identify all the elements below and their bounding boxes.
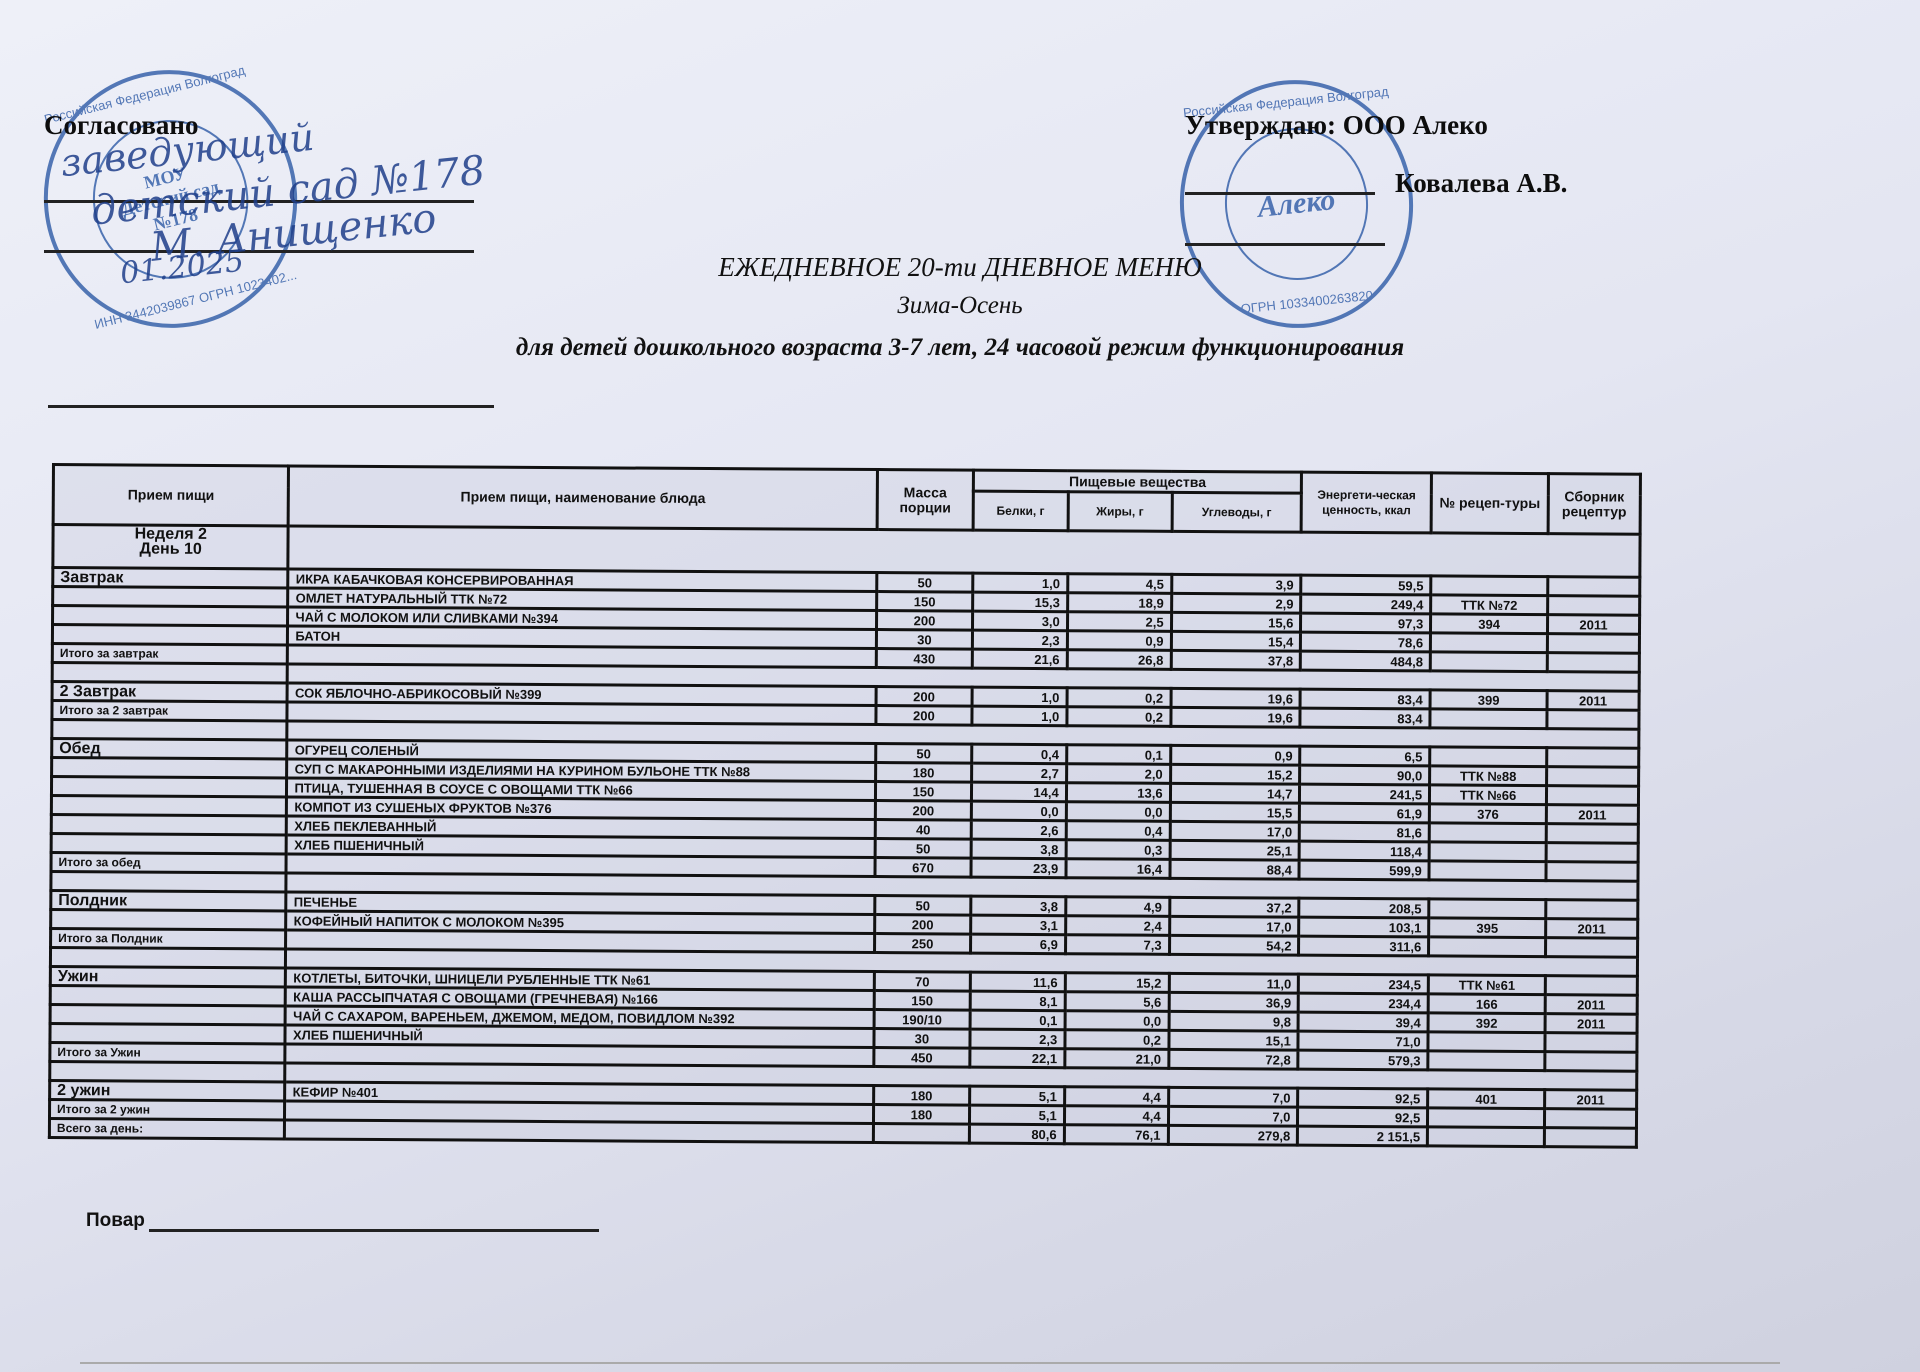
recipe-cell <box>1431 576 1548 596</box>
collection-cell: 2011 <box>1546 805 1638 825</box>
meal-cell <box>50 1023 286 1043</box>
fat-cell: 18,9 <box>1067 593 1171 613</box>
recipe-cell: 166 <box>1428 994 1545 1014</box>
carbs-cell: 7,0 <box>1168 1106 1298 1126</box>
meal-cell: Обед <box>52 739 288 759</box>
mass-cell: 150 <box>877 592 973 612</box>
fat-cell: 0,4 <box>1066 821 1170 841</box>
signature-line <box>1185 243 1385 246</box>
collection-cell <box>1548 596 1640 616</box>
carbs-cell: 11,0 <box>1169 973 1299 993</box>
energy-cell: 234,4 <box>1299 993 1429 1013</box>
protein-cell: 2,3 <box>970 1029 1065 1049</box>
meal-cell: Итого за 2 ужин <box>49 1099 285 1119</box>
menu-table: Прием пищи Прием пищи, наименование блюд… <box>48 463 1642 1149</box>
fat-cell: 4,9 <box>1066 897 1170 917</box>
document-season: Зима-Осень <box>0 292 1920 320</box>
meal-cell <box>50 985 286 1005</box>
header-meal: Прием пищи <box>53 465 289 526</box>
carbs-cell: 88,4 <box>1170 859 1300 879</box>
fat-cell: 13,6 <box>1066 783 1170 803</box>
fat-cell: 16,4 <box>1066 859 1170 879</box>
energy-cell: 118,4 <box>1299 841 1429 861</box>
carbs-cell: 25,1 <box>1170 840 1300 860</box>
mass-cell: 450 <box>874 1048 970 1068</box>
carbs-cell: 9,8 <box>1169 1011 1299 1031</box>
mass-cell: 70 <box>874 972 970 992</box>
meal-cell: Полдник <box>51 891 287 911</box>
carbs-cell: 72,8 <box>1168 1049 1298 1069</box>
collection-cell: 2011 <box>1547 691 1639 711</box>
fat-cell: 4,4 <box>1064 1087 1168 1107</box>
carbs-cell: 54,2 <box>1169 935 1299 955</box>
collection-cell <box>1547 767 1639 787</box>
collection-cell <box>1546 824 1638 844</box>
protein-cell: 3,0 <box>972 611 1067 631</box>
mass-cell: 200 <box>876 611 972 631</box>
meal-cell: Всего за день: <box>49 1118 285 1138</box>
carbs-cell: 15,2 <box>1170 764 1300 784</box>
signature-line <box>1185 192 1375 195</box>
carbs-cell: 15,1 <box>1169 1030 1299 1050</box>
fat-cell: 2,5 <box>1067 612 1171 632</box>
energy-cell: 2 151,5 <box>1298 1126 1428 1146</box>
carbs-cell: 279,8 <box>1168 1125 1298 1145</box>
energy-cell: 83,4 <box>1300 708 1430 728</box>
energy-cell: 599,9 <box>1299 860 1429 880</box>
protein-cell: 1,0 <box>973 573 1068 593</box>
meal-cell: Ужин <box>50 966 286 986</box>
meal-cell <box>51 910 287 930</box>
collection-cell <box>1546 862 1638 882</box>
dish-cell <box>285 1120 874 1143</box>
protein-cell: 0,1 <box>970 1010 1065 1030</box>
protein-cell: 22,1 <box>970 1048 1065 1068</box>
right-stamp-center-text: Алеко <box>1256 182 1337 226</box>
protein-cell: 3,8 <box>971 896 1066 916</box>
fat-cell: 0,3 <box>1066 840 1170 860</box>
recipe-cell <box>1430 747 1547 767</box>
mass-cell: 50 <box>875 896 971 916</box>
recipe-cell <box>1428 1127 1545 1147</box>
carbs-cell: 2,9 <box>1171 593 1301 613</box>
carbs-cell: 15,6 <box>1171 612 1301 632</box>
energy-cell: 78,6 <box>1301 632 1431 652</box>
protein-cell: 5,1 <box>969 1105 1064 1125</box>
energy-cell: 81,6 <box>1300 822 1430 842</box>
header-fat: Жиры, г <box>1068 492 1172 532</box>
meal-cell: Итого за обед <box>51 853 287 873</box>
recipe-cell: 394 <box>1431 614 1548 634</box>
cook-label: Повар <box>86 1210 145 1231</box>
recipe-cell: 399 <box>1430 690 1547 710</box>
energy-cell: 103,1 <box>1299 917 1429 937</box>
carbs-cell: 19,6 <box>1171 688 1301 708</box>
energy-cell: 208,5 <box>1299 898 1429 918</box>
page-edge <box>80 1362 1780 1364</box>
recipe-cell: ТТК №66 <box>1430 785 1547 805</box>
collection-cell: 2011 <box>1545 1014 1637 1034</box>
header-collection: Сборник рецептур <box>1548 474 1640 535</box>
meal-cell <box>53 606 289 626</box>
energy-cell: 39,4 <box>1298 1012 1428 1032</box>
collection-cell <box>1545 1033 1637 1053</box>
collection-cell: 2011 <box>1545 995 1637 1015</box>
meal-cell <box>53 587 289 607</box>
carbs-cell: 15,5 <box>1170 802 1300 822</box>
recipe-cell: 392 <box>1428 1013 1545 1033</box>
header-protein: Белки, г <box>973 491 1068 531</box>
recipe-cell <box>1430 652 1547 672</box>
energy-cell: 6,5 <box>1300 746 1430 766</box>
menu-document: Российская Федерация Волгоград МОУ Детск… <box>0 0 1920 1372</box>
spacer-cell <box>50 948 286 968</box>
carbs-cell: 17,0 <box>1169 916 1299 936</box>
protein-cell: 23,9 <box>971 858 1066 878</box>
fat-cell: 0,2 <box>1067 707 1171 727</box>
protein-cell: 14,4 <box>971 782 1066 802</box>
mass-cell: 180 <box>874 1086 970 1106</box>
collection-cell <box>1548 577 1640 597</box>
fat-cell: 4,5 <box>1067 574 1171 594</box>
collection-cell: 2011 <box>1546 919 1638 939</box>
protein-cell: 2,7 <box>971 763 1066 783</box>
fat-cell: 7,3 <box>1065 935 1169 955</box>
mass-cell: 670 <box>875 858 971 878</box>
fat-cell: 2,0 <box>1066 764 1170 784</box>
energy-cell: 249,4 <box>1301 594 1431 614</box>
protein-cell: 0,0 <box>971 801 1066 821</box>
recipe-cell: ТТК №88 <box>1430 766 1547 786</box>
week-day-label: Неделя 2 День 10 <box>53 525 289 569</box>
protein-cell: 15,3 <box>973 592 1068 612</box>
spacer-cell <box>50 1061 286 1081</box>
mass-cell <box>873 1124 969 1144</box>
collection-cell <box>1546 843 1638 863</box>
recipe-cell: 395 <box>1429 918 1546 938</box>
approve-label: Утверждаю: ООО Алеко <box>1185 110 1605 141</box>
carbs-cell: 7,0 <box>1168 1087 1298 1107</box>
meal-cell: Итого за 2 завтрак <box>52 701 288 721</box>
collection-cell <box>1545 976 1637 996</box>
document-subtitle: для детей дошкольного возраста 3-7 лет, … <box>0 334 1920 362</box>
energy-cell: 311,6 <box>1299 936 1429 956</box>
meal-cell <box>52 625 288 645</box>
recipe-cell <box>1429 823 1546 843</box>
energy-cell: 241,5 <box>1300 784 1430 804</box>
energy-cell: 59,5 <box>1301 575 1431 595</box>
cook-signature: Повар <box>86 1210 599 1232</box>
protein-cell: 0,4 <box>972 744 1067 764</box>
recipe-cell: ТТК №72 <box>1431 595 1548 615</box>
header-nutrients: Пищевые вещества <box>973 470 1302 493</box>
recipe-cell <box>1428 1051 1545 1071</box>
mass-cell: 40 <box>875 820 971 840</box>
document-title: ЕЖЕДНЕВНОЕ 20-ти ДНЕВНОЕ МЕНЮ <box>0 252 1920 283</box>
carbs-cell: 17,0 <box>1170 821 1300 841</box>
recipe-cell <box>1428 1108 1545 1128</box>
protein-cell: 80,6 <box>969 1124 1064 1144</box>
energy-cell: 92,5 <box>1298 1107 1428 1127</box>
header-mass: Масса порции <box>877 470 973 531</box>
protein-cell: 5,1 <box>969 1086 1064 1106</box>
energy-cell: 92,5 <box>1298 1088 1428 1108</box>
cook-signature-line <box>149 1229 599 1232</box>
collection-cell: 2011 <box>1545 1090 1637 1110</box>
carbs-cell: 15,4 <box>1171 631 1301 651</box>
menu-table-body: Неделя 2 День 10 ЗавтракИКРА КАБАЧКОВАЯ … <box>49 525 1640 1148</box>
mass-cell: 150 <box>875 782 971 802</box>
mass-cell: 30 <box>874 1029 970 1049</box>
energy-cell: 579,3 <box>1298 1050 1428 1070</box>
meal-cell <box>51 834 287 854</box>
collection-cell <box>1544 1128 1636 1148</box>
protein-cell: 2,3 <box>972 630 1067 650</box>
table-header-row: Прием пищи Прием пищи, наименование блюд… <box>53 465 1640 496</box>
protein-cell: 3,8 <box>971 839 1066 859</box>
recipe-cell <box>1428 1032 1545 1052</box>
carbs-cell: 36,9 <box>1169 992 1299 1012</box>
meal-cell <box>51 815 287 835</box>
collection-cell <box>1545 938 1637 958</box>
mass-cell: 430 <box>876 649 972 669</box>
mass-cell: 50 <box>875 839 971 859</box>
meal-cell: 2 ужин <box>50 1080 286 1100</box>
fat-cell: 0,2 <box>1065 1030 1169 1050</box>
approval-right: Утверждаю: ООО Алеко Ковалева А.В. <box>1185 110 1605 141</box>
header-energy: Энергети-ческая ценность, ккал <box>1301 472 1431 533</box>
energy-cell: 61,9 <box>1300 803 1430 823</box>
collection-cell <box>1547 634 1639 654</box>
recipe-cell <box>1429 842 1546 862</box>
fat-cell: 15,2 <box>1065 973 1169 993</box>
meal-cell: Итого за Полдник <box>51 929 287 949</box>
collection-cell <box>1547 710 1639 730</box>
header-dish: Прием пищи, наименование блюда <box>289 466 878 530</box>
recipe-cell: 401 <box>1428 1089 1545 1109</box>
protein-cell: 1,0 <box>972 687 1067 707</box>
protein-cell: 21,6 <box>972 649 1067 669</box>
fat-cell: 0,0 <box>1065 1011 1169 1031</box>
header-recipe: № рецеп-туры <box>1431 473 1548 534</box>
recipe-cell <box>1429 937 1546 957</box>
collection-cell <box>1547 748 1639 768</box>
collection-cell: 2011 <box>1547 615 1639 635</box>
protein-cell: 2,6 <box>971 820 1066 840</box>
meal-cell: 2 Завтрак <box>52 682 288 702</box>
collection-cell <box>1546 900 1638 920</box>
recipe-cell <box>1429 861 1546 881</box>
recipe-cell: ТТК №61 <box>1428 975 1545 995</box>
energy-cell: 234,5 <box>1299 974 1429 994</box>
day-label: День 10 <box>60 541 281 557</box>
protein-cell: 1,0 <box>972 706 1067 726</box>
mass-cell: 180 <box>876 763 972 783</box>
fat-cell: 5,6 <box>1065 992 1169 1012</box>
fat-cell: 0,9 <box>1067 631 1171 651</box>
collection-cell <box>1547 653 1639 673</box>
meal-cell: Итого за завтрак <box>52 644 288 664</box>
energy-cell: 484,8 <box>1301 651 1431 671</box>
divider <box>48 405 494 408</box>
mass-cell: 150 <box>874 991 970 1011</box>
mass-cell: 180 <box>873 1105 969 1125</box>
meal-cell <box>50 1004 286 1024</box>
protein-cell: 6,9 <box>970 934 1065 954</box>
mass-cell: 200 <box>875 915 971 935</box>
fat-cell: 26,8 <box>1067 650 1171 670</box>
spacer-cell <box>52 720 288 740</box>
recipe-cell: 376 <box>1430 804 1547 824</box>
fat-cell: 76,1 <box>1064 1125 1168 1145</box>
recipe-cell <box>1431 633 1548 653</box>
fat-cell: 0,1 <box>1066 745 1170 765</box>
carbs-cell: 3,9 <box>1171 574 1301 594</box>
meal-cell <box>51 796 287 816</box>
mass-cell: 50 <box>877 573 973 593</box>
mass-cell: 200 <box>876 706 972 726</box>
recipe-cell <box>1430 709 1547 729</box>
approver-name: Ковалева А.В. <box>1395 168 1567 199</box>
energy-cell: 83,4 <box>1300 689 1430 709</box>
fat-cell: 21,0 <box>1065 1049 1169 1069</box>
collection-cell <box>1546 786 1638 806</box>
protein-cell: 3,1 <box>971 915 1066 935</box>
energy-cell: 97,3 <box>1301 613 1431 633</box>
meal-cell <box>51 777 287 797</box>
carbs-cell: 19,6 <box>1170 707 1300 727</box>
carbs-cell: 0,9 <box>1170 745 1300 765</box>
spacer-cell <box>51 872 287 892</box>
fat-cell: 4,4 <box>1064 1106 1168 1126</box>
meal-cell: Завтрак <box>53 568 289 588</box>
mass-cell: 30 <box>876 630 972 650</box>
energy-cell: 71,0 <box>1298 1031 1428 1051</box>
energy-cell: 90,0 <box>1300 765 1430 785</box>
header-carbs: Углеводы, г <box>1172 492 1302 532</box>
fat-cell: 0,2 <box>1067 688 1171 708</box>
mass-cell: 200 <box>875 801 971 821</box>
mass-cell: 190/10 <box>874 1010 970 1030</box>
carbs-cell: 37,2 <box>1169 897 1299 917</box>
recipe-cell <box>1429 899 1546 919</box>
carbs-cell: 14,7 <box>1170 783 1300 803</box>
meal-cell: Итого за Ужин <box>50 1042 286 1062</box>
collection-cell <box>1544 1109 1636 1129</box>
fat-cell: 2,4 <box>1065 916 1169 936</box>
mass-cell: 50 <box>876 744 972 764</box>
protein-cell: 8,1 <box>970 991 1065 1011</box>
protein-cell: 11,6 <box>970 972 1065 992</box>
mass-cell: 200 <box>876 687 972 707</box>
collection-cell <box>1545 1052 1637 1072</box>
meal-cell <box>52 758 288 778</box>
mass-cell: 250 <box>875 934 971 954</box>
spacer-cell <box>52 663 288 683</box>
fat-cell: 0,0 <box>1066 802 1170 822</box>
carbs-cell: 37,8 <box>1171 650 1301 670</box>
